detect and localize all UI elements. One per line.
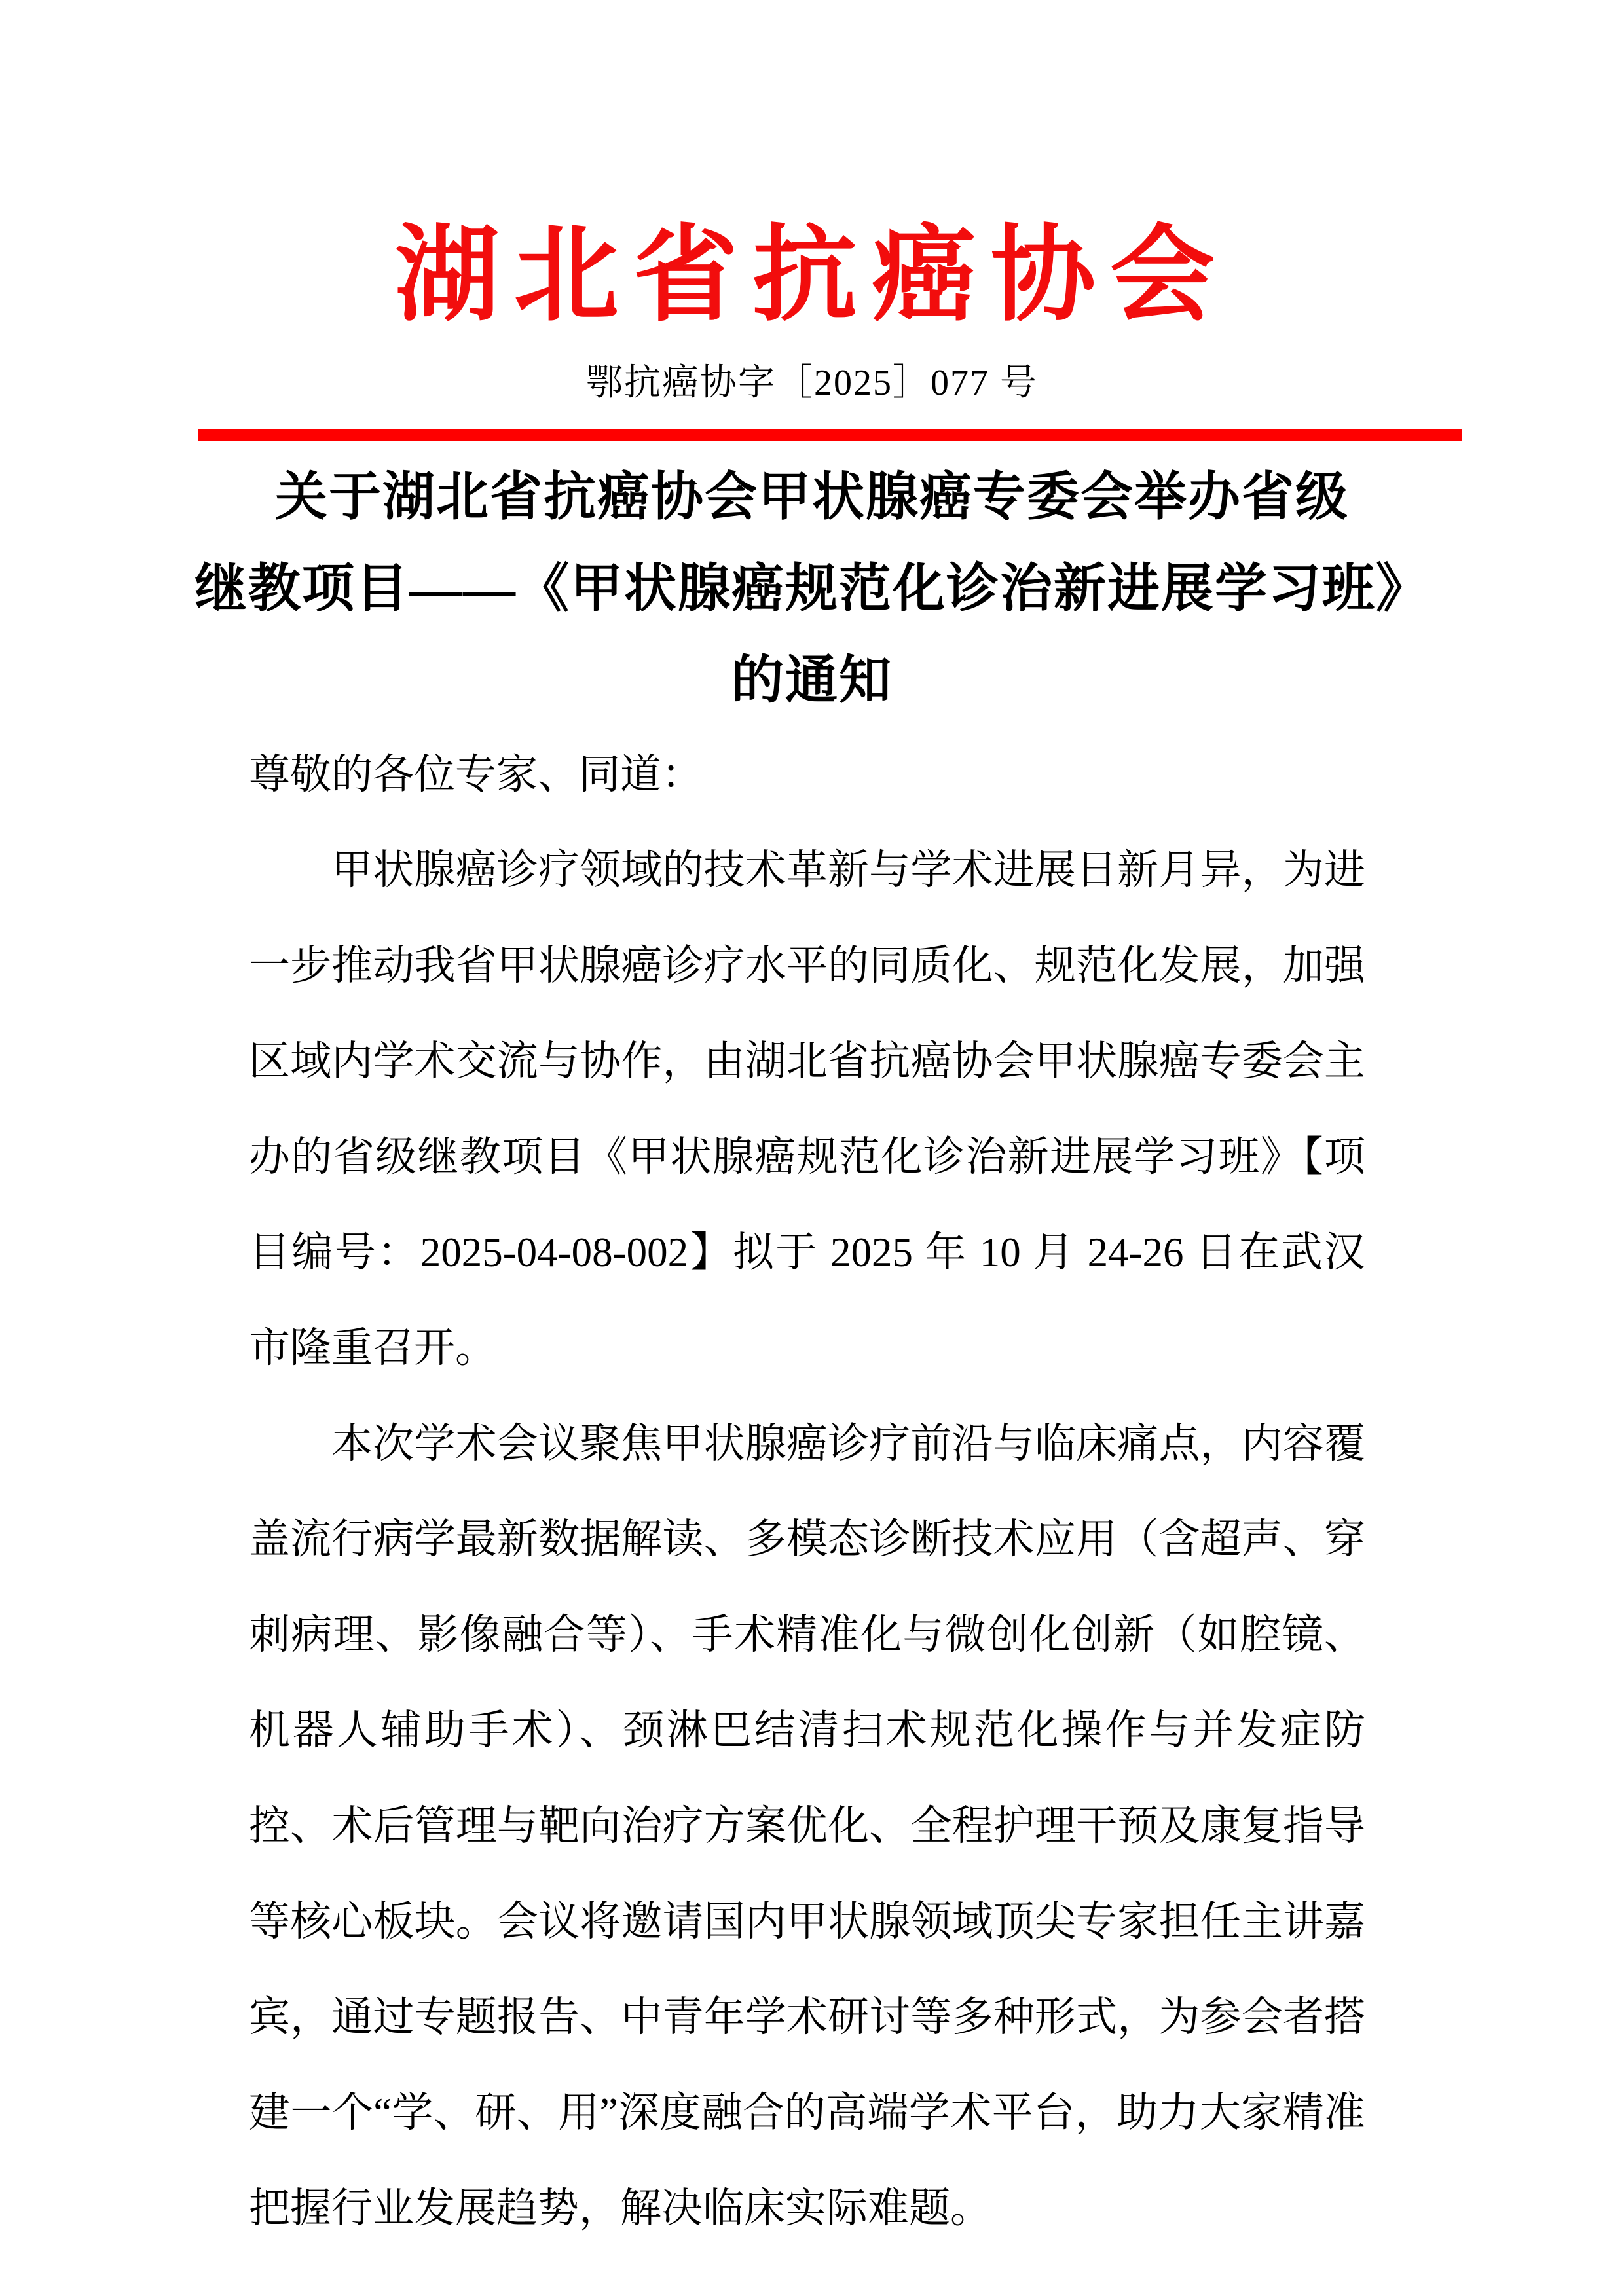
body-paragraph: 本次学术会议聚焦甲状腺癌诊疗前沿与临床痛点，内容覆盖流行病学最新数据解读、多模态… — [249, 1396, 1365, 2256]
org-title: 湖北省抗癌协会 — [0, 210, 1624, 340]
body-paragraph: 甲状腺癌诊疗领域的技术革新与学术进展日新月异，为进一步推动我省甲状腺癌诊疗水平的… — [249, 822, 1365, 1396]
salutation: 尊敬的各位专家、同道： — [249, 727, 1365, 822]
doc-number: 鄂抗癌协字［2025］077 号 — [0, 360, 1624, 406]
notice-title: 关于湖北省抗癌协会甲状腺癌专委会举办省级 继教项目——《甲状腺癌规范化诊治新进展… — [0, 452, 1624, 727]
notice-title-line-1: 关于湖北省抗癌协会甲状腺癌专委会举办省级 — [0, 452, 1624, 543]
notice-title-line-2: 继教项目——《甲状腺癌规范化诊治新进展学习班》 — [0, 543, 1624, 635]
notice-body: 尊敬的各位专家、同道： 甲状腺癌诊疗领域的技术革新与学术进展日新月异，为进一步推… — [249, 727, 1365, 2256]
notice-title-line-3: 的通知 — [0, 635, 1624, 727]
paragraph-container: 甲状腺癌诊疗领域的技术革新与学术进展日新月异，为进一步推动我省甲状腺癌诊疗水平的… — [249, 822, 1365, 2256]
notice-page: 湖北省抗癌协会 鄂抗癌协字［2025］077 号 关于湖北省抗癌协会甲状腺癌专委… — [0, 0, 1624, 2296]
red-divider-rule — [198, 429, 1462, 441]
